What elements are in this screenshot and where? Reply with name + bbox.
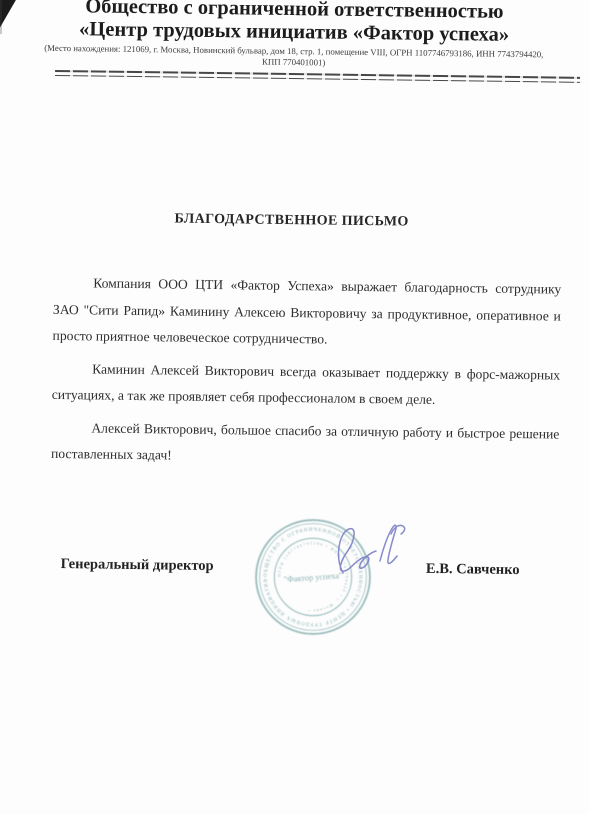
letter-paragraph: Компания ООО ЦТИ «Фактор Успеха» выражае…: [52, 270, 561, 356]
letter-body: Компания ООО ЦТИ «Фактор Успеха» выражае…: [0, 269, 585, 474]
signature-role: Генеральный директор: [61, 556, 214, 575]
scanned-letter-page: Общество с ограниченной ответственностью…: [0, 0, 589, 814]
handwritten-signature-icon: [331, 519, 411, 583]
letter-paragraph: Алексей Викторович, большое спасибо за о…: [51, 415, 560, 475]
letterhead: Общество с ограниченной ответственностью…: [0, 0, 589, 48]
letter-title: БЛАГОДАРСТВЕННОЕ ПИСЬМО: [0, 209, 586, 233]
letter-paragraph: Каминин Алексей Викторович всегда оказыв…: [52, 356, 561, 416]
signature-name: Е.В. Савченко: [426, 561, 520, 579]
letter-content: Общество с ограниченной ответственностью…: [0, 0, 589, 580]
header-divider: [55, 70, 580, 83]
